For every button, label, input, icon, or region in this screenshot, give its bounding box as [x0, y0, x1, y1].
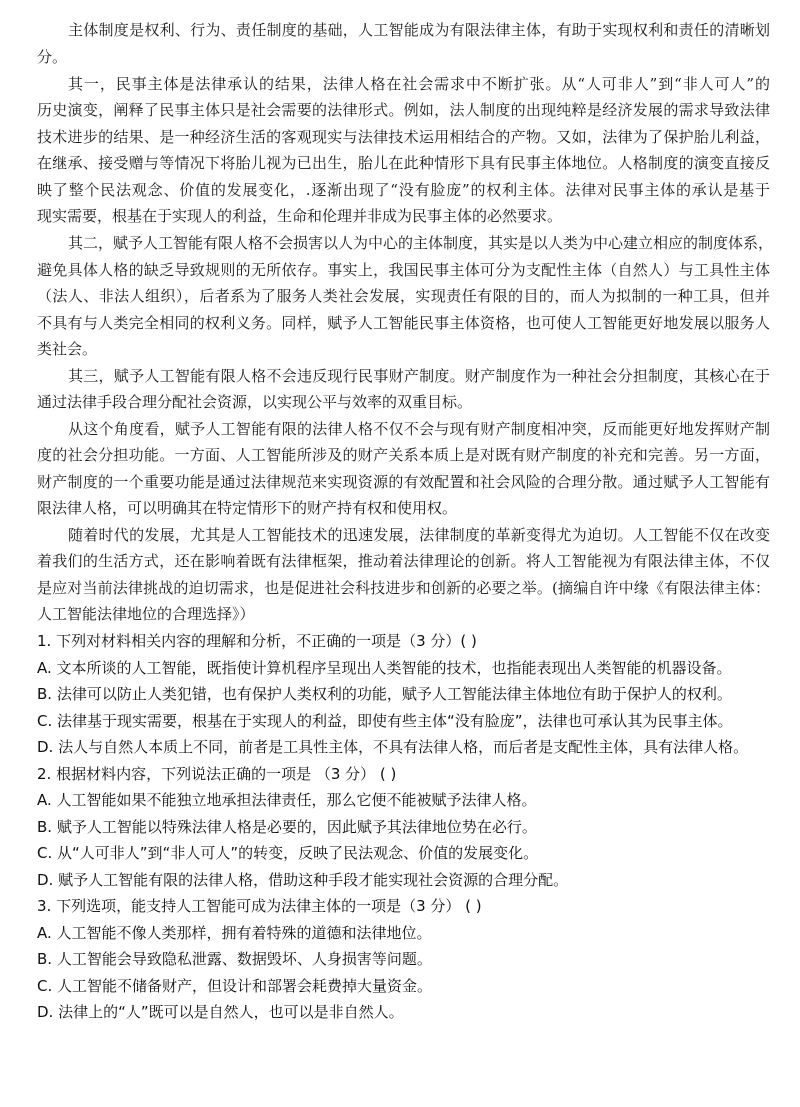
passage-line: 是应对当前法律挑战的迫切需求，也是促进社会科技进步和创新的必要之举。(摘编自许中… [37, 578, 770, 598]
passage-line: 现实需要，根基在于实现人的利益，生命和伦理并非成为民事主体的必然要求。 [37, 206, 770, 226]
passage-line: 不具有与人类完全相同的权利义务。同样，赋予人工智能民事主体资格，也可使人工智能更… [37, 313, 770, 333]
option-c: C. 从“人可非人”到“非人可人”的转变，反映了民法观念、价值的发展变化。 [37, 843, 770, 863]
passage-line: （法人、非法人组织），后者系为了服务人类社会发展，实现责任有限的目的，而人为拟制… [37, 286, 770, 306]
option-b: B. 法律可以防止人类犯错，也有保护人类权利的功能，赋予人工智能法律主体地位有助… [37, 684, 770, 704]
passage-line: 分。 [37, 47, 770, 67]
option-d: D. 法律上的“人”既可以是自然人，也可以是非自然人。 [37, 1002, 770, 1022]
option-a: A. 文本所谈的人工智能，既指使计算机程序呈现出人类智能的技术，也指能表现出人类… [37, 658, 770, 678]
passage-line: 避免具体人格的缺乏导致规则的无所依存。事实上，我国民事主体可分为支配性主体（自然… [37, 260, 770, 280]
option-a: A. 人工智能不像人类那样，拥有着特殊的道德和法律地位。 [37, 923, 770, 943]
option-d: D. 法人与自然人本质上不同，前者是工具性主体，不具有法律人格，而后者是支配性主… [37, 737, 770, 757]
question-stem: 2. 根据材料内容，下列说法正确的一项是 （3 分） ( ) [37, 764, 770, 784]
exam-page: 主体制度是权利、行为、责任制度的基础，人工智能成为有限法律主体，有助于实现权利和… [0, 0, 800, 1107]
option-b: B. 人工智能会导致隐私泄露、数据毁坏、人身损害等问题。 [37, 949, 770, 969]
passage-line: 通过法律手段合理分配社会资源，以实现公平与效率的双重目标。 [37, 392, 770, 412]
passage-line: 着我们的生活方式，还在影响着既有法律框架，推动着法律理论的创新。将人工智能视为有… [37, 551, 770, 571]
passage-line: 从这个角度看，赋予人工智能有限的法律人格不仅不会与现有财产制度相冲突，反而能更好… [68, 419, 770, 439]
passage-line: 随着时代的发展，尤其是人工智能技术的迅速发展，法律制度的革新变得尤为迫切。人工智… [68, 525, 770, 545]
option-b: B. 赋予人工智能以特殊法律人格是必要的，因此赋予其法律地位势在必行。 [37, 817, 770, 837]
question-stem: 1. 下列对材料相关内容的理解和分析，不正确的一项是（3 分）( ) [37, 631, 770, 651]
passage-line: 历史演变，阐释了民事主体只是社会需要的法律形式。例如，法人制度的出现纯粹是经济发… [37, 100, 770, 120]
passage-line: 映了整个民法观念、价值的发展变化，.逐渐出现了“没有脸庞”的权利主体。法律对民事… [37, 180, 770, 200]
option-a: A. 人工智能如果不能独立地承担法律责任，那么它便不能被赋予法律人格。 [37, 790, 770, 810]
passage-line: 其三，赋予人工智能有限人格不会违反现行民事财产制度。财产制度作为一种社会分担制度… [68, 366, 770, 386]
passage-line: 类社会。 [37, 339, 770, 359]
passage-line: 在继承、接受赠与等情况下将胎儿视为已出生，胎儿在此种情形下具有民事主体地位。人格… [37, 153, 770, 173]
passage-line: 其一，民事主体是法律承认的结果，法律人格在社会需求中不断扩张。从“人可非人”到“… [68, 74, 770, 94]
passage-line: 其二，赋予人工智能有限人格不会损害以人为中心的主体制度，其实是以人类为中心建立相… [68, 233, 770, 253]
option-d: D. 赋予人工智能有限的法律人格，借助这种手段才能实现社会资源的合理分配。 [37, 870, 770, 890]
passage-line: 技术进步的结果、是一种经济生活的客观现实与法律技术运用相结合的产物。又如，法律为… [37, 127, 770, 147]
passage-citation: 人工智能法律地位的合理选择》） [37, 604, 770, 624]
passage-line: 主体制度是权利、行为、责任制度的基础，人工智能成为有限法律主体，有助于实现权利和… [68, 20, 770, 40]
passage-line: 度的社会分担功能。一方面、人工智能所涉及的财产关系本质上是对既有财产制度的补充和… [37, 445, 770, 465]
passage-line: 财产制度的一个重要功能是通过法律规范来实现资源的有效配置和社会风险的合理分散。通… [37, 472, 770, 492]
option-c: C. 人工智能不储备财产，但设计和部署会耗费掉大量资金。 [37, 976, 770, 996]
question-stem: 3. 下列选项，能支持人工智能可成为法律主体的一项是（3 分） ( ) [37, 896, 770, 916]
option-c: C. 法律基于现实需要，根基在于实现人的利益，即使有些主体“没有脸庞”，法律也可… [37, 711, 770, 731]
passage-line: 限法律人格，可以明确其在特定情形下的财产持有权和使用权。 [37, 498, 770, 518]
